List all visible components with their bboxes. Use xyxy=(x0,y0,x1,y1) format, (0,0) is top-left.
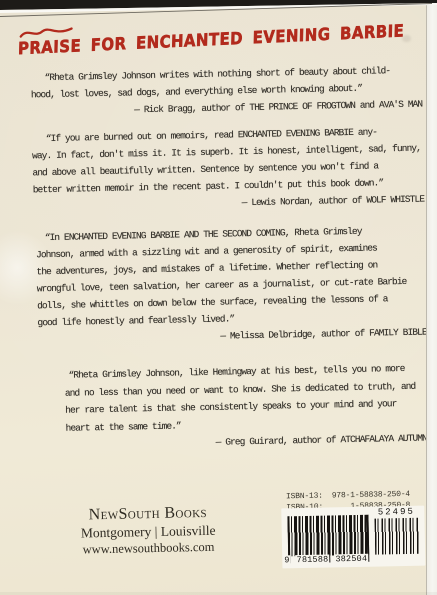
paper-smudge xyxy=(402,35,411,42)
barcode-digits: 9 781588 382504 xyxy=(282,553,373,567)
barcode-addon-bars xyxy=(374,518,419,555)
publisher-website: www.newsouthbooks.com xyxy=(66,538,231,557)
barcode: 9 781588 382504 52495 xyxy=(281,506,425,569)
barcode-digit-group: 781588 xyxy=(296,555,330,566)
publisher-block: NewSouth Books Montgomery | Louisville w… xyxy=(65,503,231,557)
book-back-cover-photo: PRAISE FOR ENCHANTED EVENING BARBIE “Rhe… xyxy=(0,0,437,595)
barcode-prefix-digit: 9 xyxy=(283,555,291,565)
quote-greg-guirard: “Rheta Grimsley Johnson, like Hemingway … xyxy=(64,359,437,454)
barcode-digit-group: 382504 xyxy=(334,554,368,565)
quote-rick-bragg: “Rheta Grimsley Johnson writes with noth… xyxy=(30,61,431,120)
back-cover-content: PRAISE FOR ENCHANTED EVENING BARBIE “Rhe… xyxy=(0,0,437,595)
quote-lewis-nordan: “If you are burned out on memoirs, read … xyxy=(32,122,434,215)
isbn13-label: ISBN-13: xyxy=(286,491,323,503)
page-edge-strip xyxy=(426,0,437,595)
quote-melissa-delbridge: “In ENCHANTED EVENING BARBIE AND THE SEC… xyxy=(36,221,436,348)
barcode-price-code: 52495 xyxy=(374,507,418,518)
